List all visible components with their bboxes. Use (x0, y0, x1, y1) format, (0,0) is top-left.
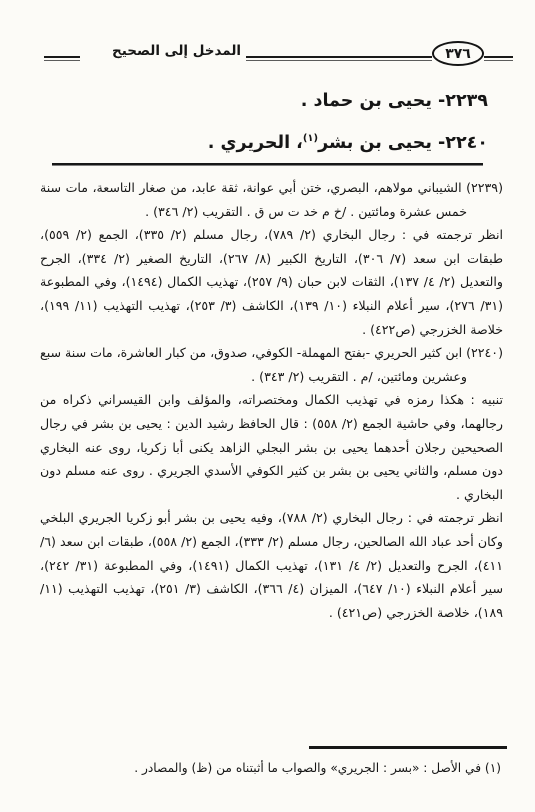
entry-2240: ٢٢٤٠- يحيى بن بشر(١)، الحريري . (40, 126, 488, 156)
footnotes-separator-rule (52, 163, 483, 166)
footnote-2239-biography: (٢٢٣٩) الشيباني مولاهم، البصري، ختن أبي … (40, 176, 503, 223)
entry-2240-text-after: ، الحريري . (208, 133, 303, 153)
entry-2239: ٢٢٣٩- يحيى بن حماد . (40, 88, 488, 114)
editorial-correction-note: (١) في الأصل : «بسر : الجريري» والصواب م… (40, 758, 501, 778)
footnote-2240-sources: انظر ترجمته في : رجال البخاري (٢/ ٧٨٨)، … (40, 506, 503, 624)
footnote-2239-sources: انظر ترجمته في : رجال البخاري (٢/ ٧٨٩)، … (40, 223, 503, 341)
page-number-badge: ٣٧٦ (432, 41, 484, 66)
book-page: ٣٧٦ المدخل إلى الصحيح ٢٢٣٩- يحيى بن حماد… (0, 0, 535, 812)
header-rule-right (484, 56, 513, 61)
footnote-2240-biography: (٢٢٤٠) ابن كثير الحريري -بفتح المهملة- ا… (40, 341, 503, 388)
footnotes-section: (٢٢٣٩) الشيباني مولاهم، البصري، ختن أبي … (40, 176, 503, 624)
entries-section: ٢٢٣٩- يحيى بن حماد . ٢٢٤٠- يحيى بن بشر(١… (40, 88, 488, 168)
footnote-2240-tanbih: تنبيه : هكذا رمزه في تهذيب الكمال ومختصر… (40, 388, 503, 506)
bottom-note-separator-rule (309, 746, 507, 749)
book-title: المدخل إلى الصحيح (112, 43, 241, 59)
entry-2240-text: ٢٢٤٠- يحيى بن بشر (318, 133, 488, 153)
entry-2239-text: ٢٢٣٩- يحيى بن حماد . (301, 91, 488, 111)
footnote-marker: (١) (303, 133, 318, 144)
header-rule-left (44, 56, 80, 61)
page-header: ٣٧٦ المدخل إلى الصحيح (44, 40, 513, 67)
header-rule-middle (246, 56, 432, 61)
page-number: ٣٧٦ (445, 46, 471, 62)
